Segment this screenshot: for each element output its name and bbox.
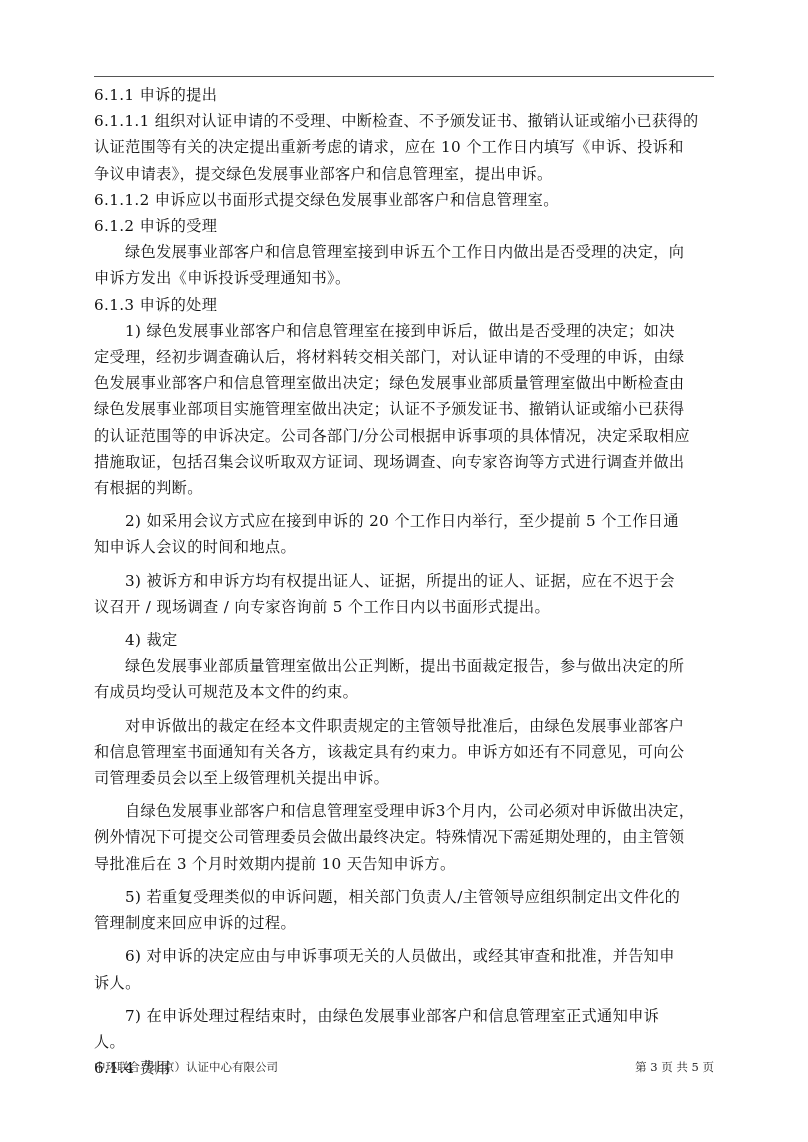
paragraph-line: 诉人。 [94,970,714,996]
paragraph-line: 的认证范围等的申诉决定。公司各部门/分公司根据申诉事项的具体情况，决定采取相应 [94,423,714,449]
paragraph-line: 绿色发展事业部项目实施管理室做出决定；认证不予颁发证书、撤销认证或缩小已获得 [94,396,714,422]
section-heading-line: 6.1.1 申诉的提出 [94,82,714,108]
section-heading-line: 6.1.1.2 申诉应以书面形式提交绿色发展事业部客户和信息管理室。 [94,187,714,213]
paragraph-line: 2) 如采用会议方式应在接到申诉的 20 个工作日内举行，至少提前 5 个工作日… [94,508,714,534]
paragraph-line: 申诉方发出《申诉投诉受理通知书》。 [94,265,714,291]
footer-company-name: 中环联合（北京）认证中心有限公司 [94,1059,278,1075]
paragraph-line: 3) 被诉方和申诉方均有权提出证人、证据，所提出的证人、证据，应在不迟于会 [94,568,714,594]
document-body: 6.1.1 申诉的提出6.1.1.1 组织对认证申请的不受理、中断检查、不予颁发… [94,82,714,1081]
section-heading-line: 6.1.2 申诉的受理 [94,213,714,239]
paragraph-line: 管理制度来回应申诉的过程。 [94,910,714,936]
section-heading-line: 6.1.3 申诉的处理 [94,292,714,318]
paragraph-line: 绿色发展事业部客户和信息管理室接到申诉五个工作日内做出是否受理的决定，向 [94,239,714,265]
paragraph-line: 5) 若重复受理类似的申诉问题，相关部门负责人/主管领导应组织制定出文件化的 [94,884,714,910]
paragraph-line: 措施取证，包括召集会议听取双方证词、现场调查、向专家咨询等方式进行调查并做出 [94,449,714,475]
paragraph-line: 1) 绿色发展事业部客户和信息管理室在接到申诉后，做出是否受理的决定；如决 [94,318,714,344]
paragraph-line: 导批准后在 3 个月时效期内提前 10 天告知申诉方。 [94,851,714,877]
paragraph-line: 有根据的判断。 [94,475,714,501]
paragraph-line: 和信息管理室书面通知有关各方，该裁定具有约束力。申诉方如还有不同意见，可向公 [94,739,714,765]
page-footer: 中环联合（北京）认证中心有限公司 第 3 页 共 5 页 [94,1059,714,1075]
footer-page-number: 第 3 页 共 5 页 [635,1059,714,1075]
paragraph-line: 定受理，经初步调查确认后，将材料转交相关部门，对认证申请的不受理的申诉，由绿 [94,344,714,370]
paragraph-line: 色发展事业部客户和信息管理室做出决定；绿色发展事业部质量管理室做出中断检查由 [94,370,714,396]
paragraph-line: 司管理委员会以至上级管理机关提出申诉。 [94,765,714,791]
paragraph-line: 6) 对申诉的决定应由与申诉事项无关的人员做出，或经其审查和批准，并告知申 [94,943,714,969]
paragraph-line: 绿色发展事业部质量管理室做出公正判断，提出书面裁定报告，参与做出决定的所 [94,653,714,679]
paragraph-line: 4) 裁定 [94,627,714,653]
paragraph-line: 对申诉做出的裁定在经本文件职责规定的主管领导批准后，由绿色发展事业部客户 [94,713,714,739]
section-heading-line: 6.1.1.1 组织对认证申请的不受理、中断检查、不予颁发证书、撤销认证或缩小已… [94,108,714,134]
paragraph-line: 争议申请表》，提交绿色发展事业部客户和信息管理室，提出申诉。 [94,161,714,187]
paragraph-line: 认证范围等有关的决定提出重新考虑的请求，应在 10 个工作日内填写《申诉、投诉和 [94,134,714,160]
paragraph-line: 知申诉人会议的时间和地点。 [94,534,714,560]
paragraph-line: 自绿色发展事业部客户和信息管理室受理申诉3个月内，公司必须对申诉做出决定， [94,798,714,824]
paragraph-line: 议召开 / 现场调查 / 向专家咨询前 5 个工作日内以书面形式提出。 [94,594,714,620]
paragraph-line: 有成员均受认可规范及本文件的约束。 [94,679,714,705]
header-rule [94,76,714,77]
paragraph-line: 7) 在申诉处理过程结束时，由绿色发展事业部客户和信息管理室正式通知申诉 [94,1003,714,1029]
paragraph-line: 例外情况下可提交公司管理委员会做出最终决定。特殊情况下需延期处理的，由主管领 [94,824,714,850]
paragraph-line: 人。 [94,1029,714,1055]
